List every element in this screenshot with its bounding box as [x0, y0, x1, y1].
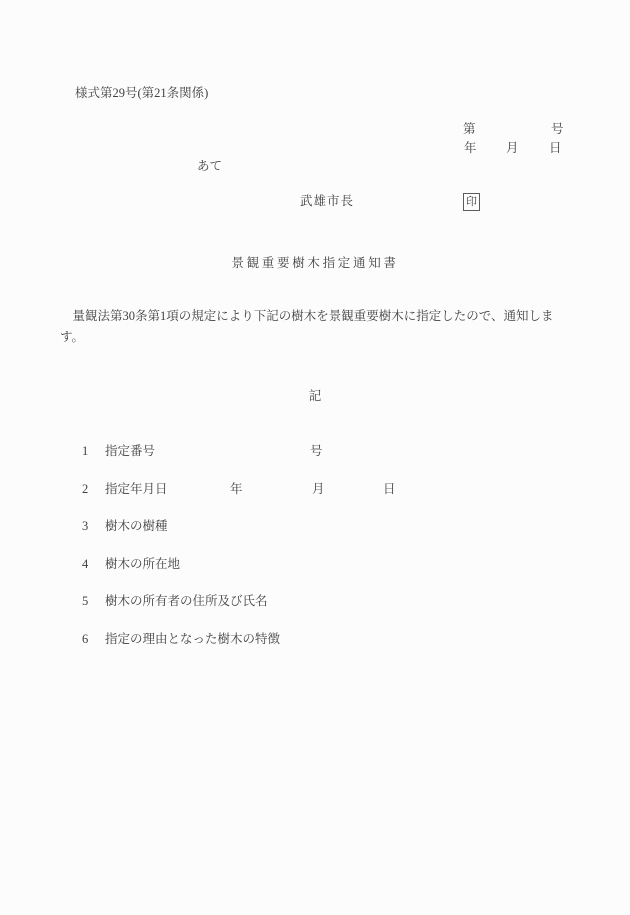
- ki-marker: 記: [0, 386, 630, 404]
- document-page: 様式第29号(第21条関係) 第 号 年 月 日 あて 武雄市長 印 景観重要樹…: [0, 0, 630, 915]
- list-item: 2 指定年月日 年 月 日: [0, 481, 630, 497]
- body-line: 量観法第30条第1項の規定により下記の樹木を景観重要樹木に指定したので、通知しま: [60, 306, 575, 327]
- list-item: 1 指定番号 号: [0, 443, 630, 459]
- item-unit-day: 日: [383, 481, 396, 497]
- item-number: 4: [82, 556, 88, 572]
- list-item: 4 樹木の所在地: [0, 556, 630, 572]
- list-item: 6 指定の理由となった樹木の特徴: [0, 631, 630, 647]
- document-title: 景観重要樹木指定通知書: [0, 253, 630, 271]
- item-number: 1: [82, 443, 88, 459]
- date-day-label: 日: [549, 140, 562, 156]
- item-label: 樹木の所在地: [105, 556, 180, 572]
- item-label: 指定番号: [105, 443, 155, 459]
- date-year-label: 年: [464, 140, 477, 156]
- body-paragraph: 量観法第30条第1項の規定により下記の樹木を景観重要樹木に指定したので、通知しま…: [60, 306, 575, 348]
- item-unit-month: 月: [312, 481, 325, 497]
- body-line: す。: [60, 327, 575, 348]
- item-unit-go: 号: [310, 443, 323, 459]
- item-label: 指定の理由となった樹木の特徴: [105, 631, 280, 647]
- item-number: 2: [82, 481, 88, 497]
- doc-number-prefix: 第: [463, 121, 476, 137]
- item-number: 5: [82, 593, 88, 609]
- addressee-suffix: あて: [197, 158, 222, 174]
- list-item: 3 樹木の樹種: [0, 518, 630, 534]
- item-number: 3: [82, 518, 88, 534]
- list-item: 5 樹木の所有者の住所及び氏名: [0, 593, 630, 609]
- seal-mark-icon: 印: [463, 193, 480, 211]
- item-unit-year: 年: [230, 481, 243, 497]
- item-label: 樹木の樹種: [105, 518, 168, 534]
- item-label: 樹木の所有者の住所及び氏名: [105, 593, 268, 609]
- item-label: 指定年月日: [105, 481, 168, 497]
- date-month-label: 月: [506, 140, 519, 156]
- sender-title: 武雄市長: [300, 193, 354, 209]
- doc-number-suffix: 号: [551, 121, 564, 137]
- item-number: 6: [82, 631, 88, 647]
- form-number: 様式第29号(第21条関係): [75, 85, 208, 101]
